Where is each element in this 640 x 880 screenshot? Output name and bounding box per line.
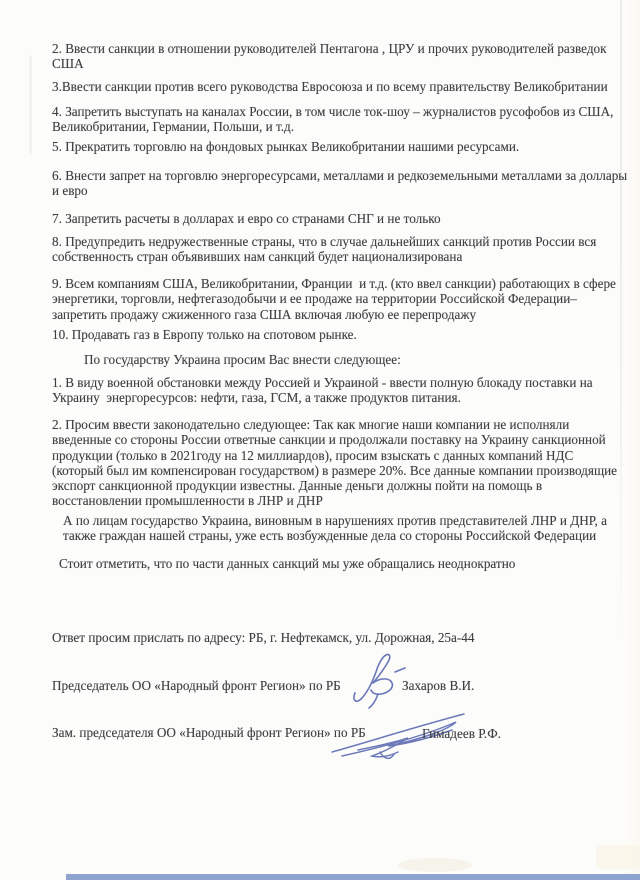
legal-cases-note: А по лицам государство Украина, виновным…: [52, 513, 640, 544]
sanctions-item-9: 9. Всем компаниям США, Великобритании, Ф…: [52, 276, 638, 322]
scan-edge-strip: [66, 874, 640, 880]
ukraine-item-2: 2. Просим ввести законодательно следующе…: [52, 417, 638, 509]
ukraine-item-1: 1. В виду военной обстановки между Росси…: [52, 375, 638, 406]
sanctions-item-4: 4. Запретить выступать на каналах России…: [52, 104, 638, 135]
signatory-title-chairman: Председатель ОО «Народный фронт Регион» …: [52, 678, 341, 693]
signatory-name-zakharov: Захаров В.И.: [402, 678, 474, 693]
closing-note: Стоит отметить, что по части данных санк…: [52, 556, 640, 571]
sanctions-item-6: 6. Внести запрет на торговлю энергоресур…: [52, 168, 638, 199]
signatory-name-gimadeev: Гимадеев Р.Ф.: [422, 726, 501, 741]
sanctions-item-5: 5. Прекратить торговлю на фондовых рынка…: [52, 139, 638, 154]
sanctions-item-8: 8. Предупредить недружественные страны, …: [52, 234, 638, 265]
signatory-title-deputy: Зам. председателя ОО «Народный фронт Рег…: [52, 725, 366, 740]
sanctions-item-3: 3.Ввести санкции против всего руководств…: [52, 79, 638, 94]
scan-artifact: [29, 55, 32, 155]
zakharov-signature: [348, 650, 406, 712]
ukraine-section-intro: По государству Украина просим Вас внести…: [52, 352, 640, 367]
reply-address: Ответ просим прислать по адресу: РБ, г. …: [52, 630, 638, 645]
scanned-letter-page: 2. Ввести санкции в отношении руководите…: [0, 0, 640, 880]
sanctions-item-7: 7. Запретить расчеты в долларах и евро с…: [52, 211, 638, 226]
sanctions-item-2: 2. Ввести санкции в отношении руководите…: [52, 41, 638, 72]
scan-artifact: [398, 858, 472, 872]
sanctions-item-10: 10. Продавать газ в Европу только на спо…: [52, 327, 638, 342]
scan-artifact: [596, 845, 640, 869]
